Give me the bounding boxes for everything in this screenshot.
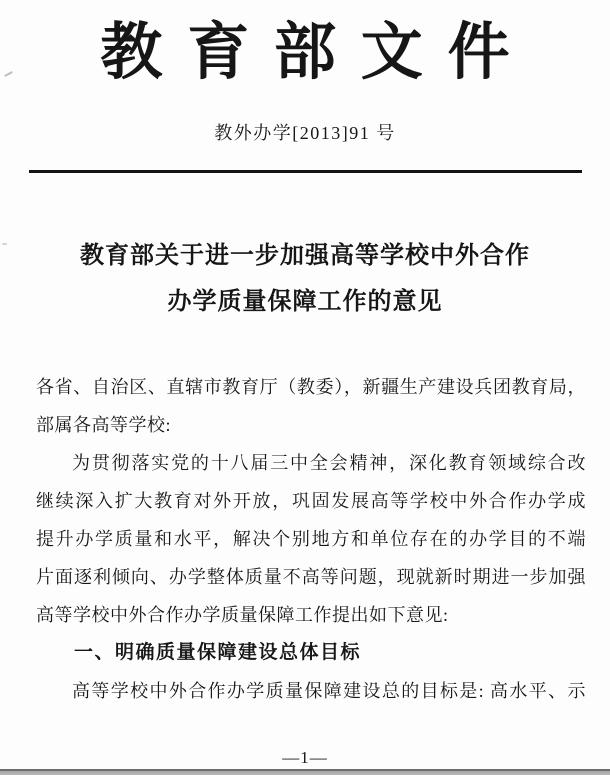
document-number: 教外办学[2013]91 号 bbox=[0, 120, 610, 146]
document-title: 教育部关于进一步加强高等学校中外合作 办学质量保障工作的意见 bbox=[0, 233, 610, 325]
body-line-paragraph-1: 为贯彻落实党的十八届三中全会精神，深化教育领域综合改革， bbox=[36, 444, 586, 482]
masthead-title: 教育部文件 bbox=[0, 16, 610, 90]
document-title-line-2: 办学质量保障工作的意见 bbox=[0, 279, 610, 325]
page-bottom-scan-edge bbox=[0, 769, 610, 775]
document-body: 各省、自治区、直辖市教育厅（教委），新疆生产建设兵团教育局， 部属各高等学校: … bbox=[36, 368, 586, 710]
body-line-paragraph-4: 片面逐利倾向、办学整体质量不高等问题，现就新时期进一步加强 bbox=[36, 558, 586, 596]
scan-artifact bbox=[2, 243, 7, 245]
section-heading-1: 一、明确质量保障建设总体目标 bbox=[36, 634, 586, 672]
body-line-recipients-2: 部属各高等学校: bbox=[36, 406, 586, 444]
body-line-paragraph-6: 高等学校中外合作办学质量保障建设总的目标是: 高水平、示 bbox=[36, 672, 586, 710]
scanned-document-page: 教育部文件 教外办学[2013]91 号 教育部关于进一步加强高等学校中外合作 … bbox=[0, 0, 610, 775]
header-divider bbox=[29, 170, 582, 173]
body-line-paragraph-5: 高等学校中外合作办学质量保障工作提出如下意见: bbox=[36, 596, 586, 634]
body-line-paragraph-3: 提升办学质量和水平，解决个别地方和单位存在的办学目的不端正、 bbox=[36, 520, 586, 558]
document-title-line-1: 教育部关于进一步加强高等学校中外合作 bbox=[0, 233, 610, 279]
body-line-recipients-1: 各省、自治区、直辖市教育厅（教委），新疆生产建设兵团教育局， bbox=[36, 368, 586, 406]
body-line-paragraph-2: 继续深入扩大教育对外开放，巩固发展高等学校中外合作办学成果， bbox=[36, 482, 586, 520]
page-number: —1— bbox=[0, 748, 610, 768]
